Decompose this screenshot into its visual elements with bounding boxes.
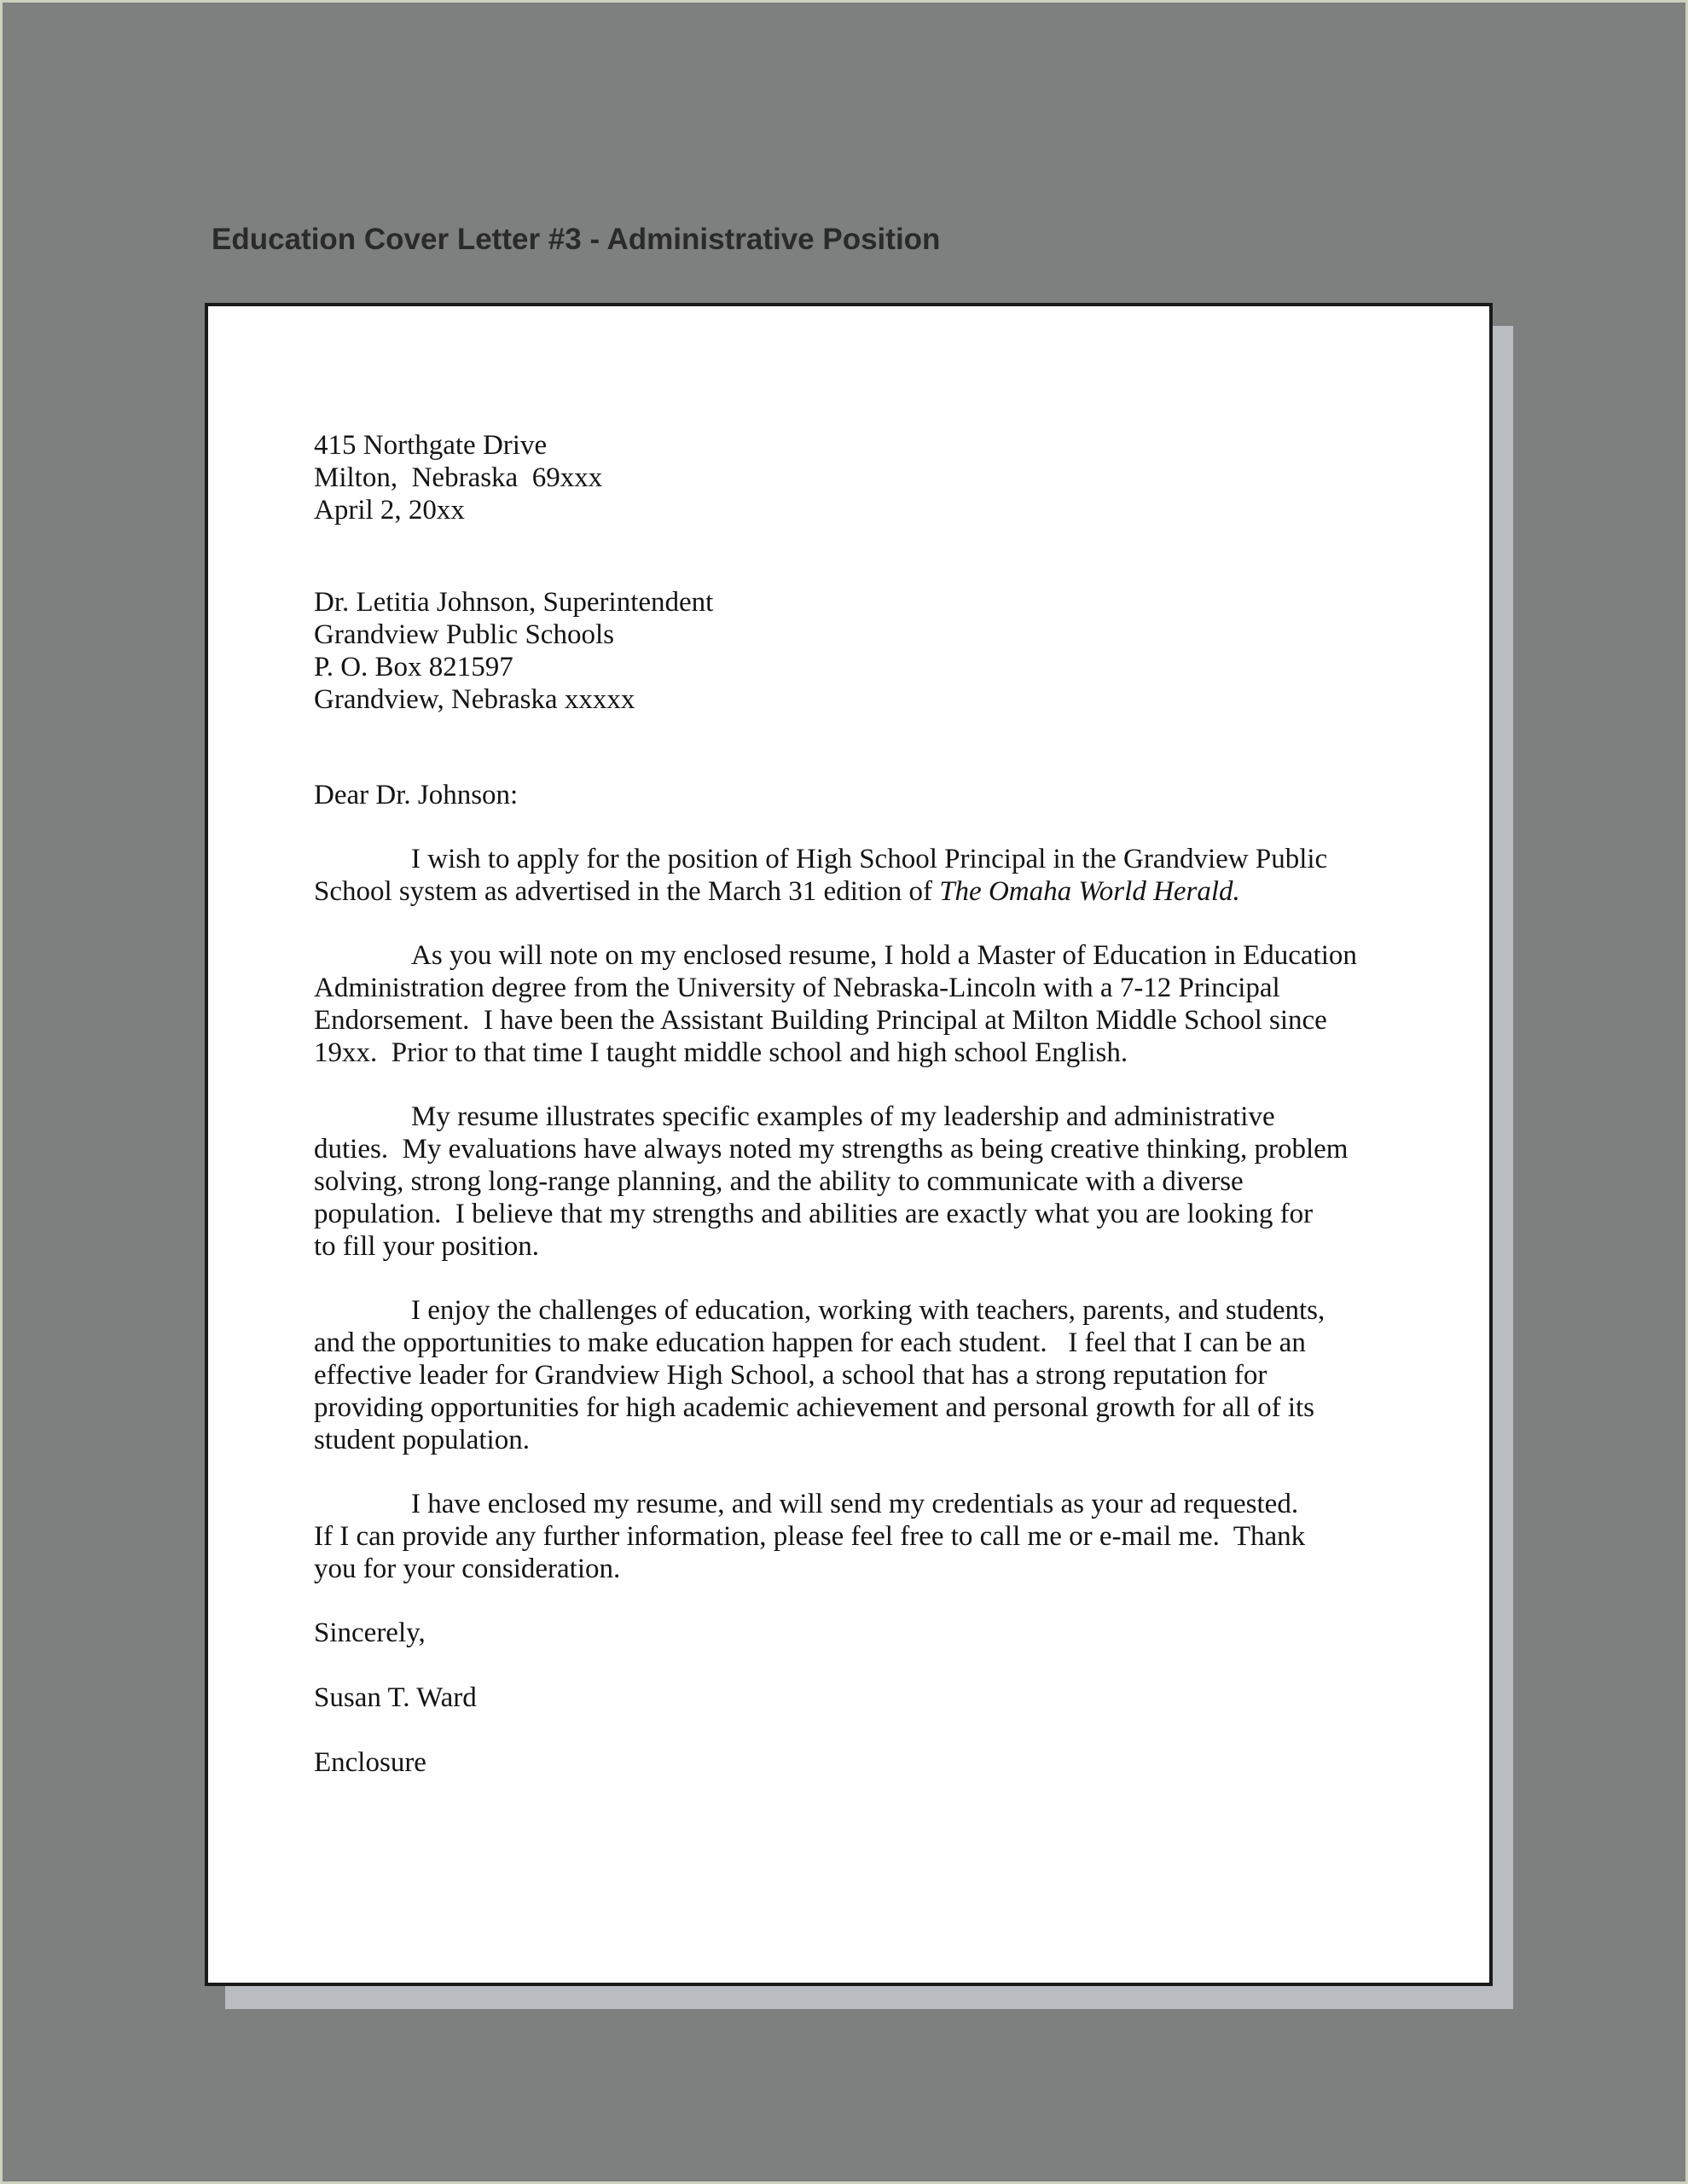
salutation-block: Dear Dr. Johnson:: [314, 779, 1389, 811]
closing-block: Sincerely,: [314, 1617, 1389, 1649]
recipient-name-line: Dr. Letitia Johnson, Superintendent: [314, 586, 1389, 619]
paragraph-text: School system as advertised in the March…: [314, 876, 939, 907]
paragraph-line: effective leader for Grandview High Scho…: [314, 1359, 1389, 1391]
page-title: Education Cover Letter #3 - Administrati…: [212, 223, 940, 257]
salutation-line: Dear Dr. Johnson:: [314, 779, 1389, 811]
sender-address-line: 415 Northgate Drive: [314, 429, 1389, 462]
paragraph-4: I enjoy the challenges of education, wor…: [314, 1294, 1389, 1456]
closing-line: Sincerely,: [314, 1617, 1389, 1649]
sender-date-line: April 2, 20xx: [314, 494, 1389, 526]
signature-name: Susan T. Ward: [314, 1682, 1389, 1714]
newspaper-title-italic: The Omaha World Herald.: [939, 876, 1240, 907]
paragraph-line: duties. My evaluations have always noted…: [314, 1133, 1389, 1165]
paragraph-line: I enjoy the challenges of education, wor…: [314, 1294, 1389, 1327]
recipient-org-line: Grandview Public Schools: [314, 619, 1389, 651]
paragraph-line: My resume illustrates specific examples …: [314, 1101, 1389, 1133]
paragraph-2: As you will note on my enclosed resume, …: [314, 939, 1389, 1069]
paragraph-line: Administration degree from the Universit…: [314, 972, 1389, 1004]
signature-block: Susan T. Ward: [314, 1682, 1389, 1714]
paragraph-line: providing opportunities for high academi…: [314, 1391, 1389, 1424]
recipient-city-line: Grandview, Nebraska xxxxx: [314, 683, 1389, 716]
paragraph-line: I have enclosed my resume, and will send…: [314, 1488, 1389, 1520]
paragraph-5: I have enclosed my resume, and will send…: [314, 1488, 1389, 1585]
paragraph-line: Endorsement. I have been the Assistant B…: [314, 1004, 1389, 1037]
sender-address-block: 415 Northgate Drive Milton, Nebraska 69x…: [314, 429, 1389, 526]
paragraph-line: student population.: [314, 1424, 1389, 1456]
paragraph-line: to fill your position.: [314, 1230, 1389, 1263]
sender-address-line: Milton, Nebraska 69xxx: [314, 462, 1389, 494]
paragraph-line: If I can provide any further information…: [314, 1520, 1389, 1553]
enclosure-line: Enclosure: [314, 1746, 1389, 1779]
recipient-address-block: Dr. Letitia Johnson, Superintendent Gran…: [314, 586, 1389, 716]
paragraph-line: solving, strong long-range planning, and…: [314, 1165, 1389, 1198]
recipient-pobox-line: P. O. Box 821597: [314, 651, 1389, 683]
enclosure-block: Enclosure: [314, 1746, 1389, 1779]
paragraph-line: School system as advertised in the March…: [314, 875, 1389, 908]
letter-page: 415 Northgate Drive Milton, Nebraska 69x…: [205, 303, 1493, 1986]
paragraph-line: population. I believe that my strengths …: [314, 1198, 1389, 1230]
paragraph-line: 19xx. Prior to that time I taught middle…: [314, 1037, 1389, 1069]
paragraph-line: and the opportunities to make education …: [314, 1327, 1389, 1359]
screenshot-background: { "colors": { "background": "#7e7f7f", "…: [0, 0, 1688, 2184]
paragraph-1: I wish to apply for the position of High…: [314, 843, 1389, 908]
paragraph-line: As you will note on my enclosed resume, …: [314, 939, 1389, 972]
paragraph-line: you for your consideration.: [314, 1553, 1389, 1585]
paragraph-line: I wish to apply for the position of High…: [314, 843, 1389, 875]
paragraph-3: My resume illustrates specific examples …: [314, 1101, 1389, 1263]
